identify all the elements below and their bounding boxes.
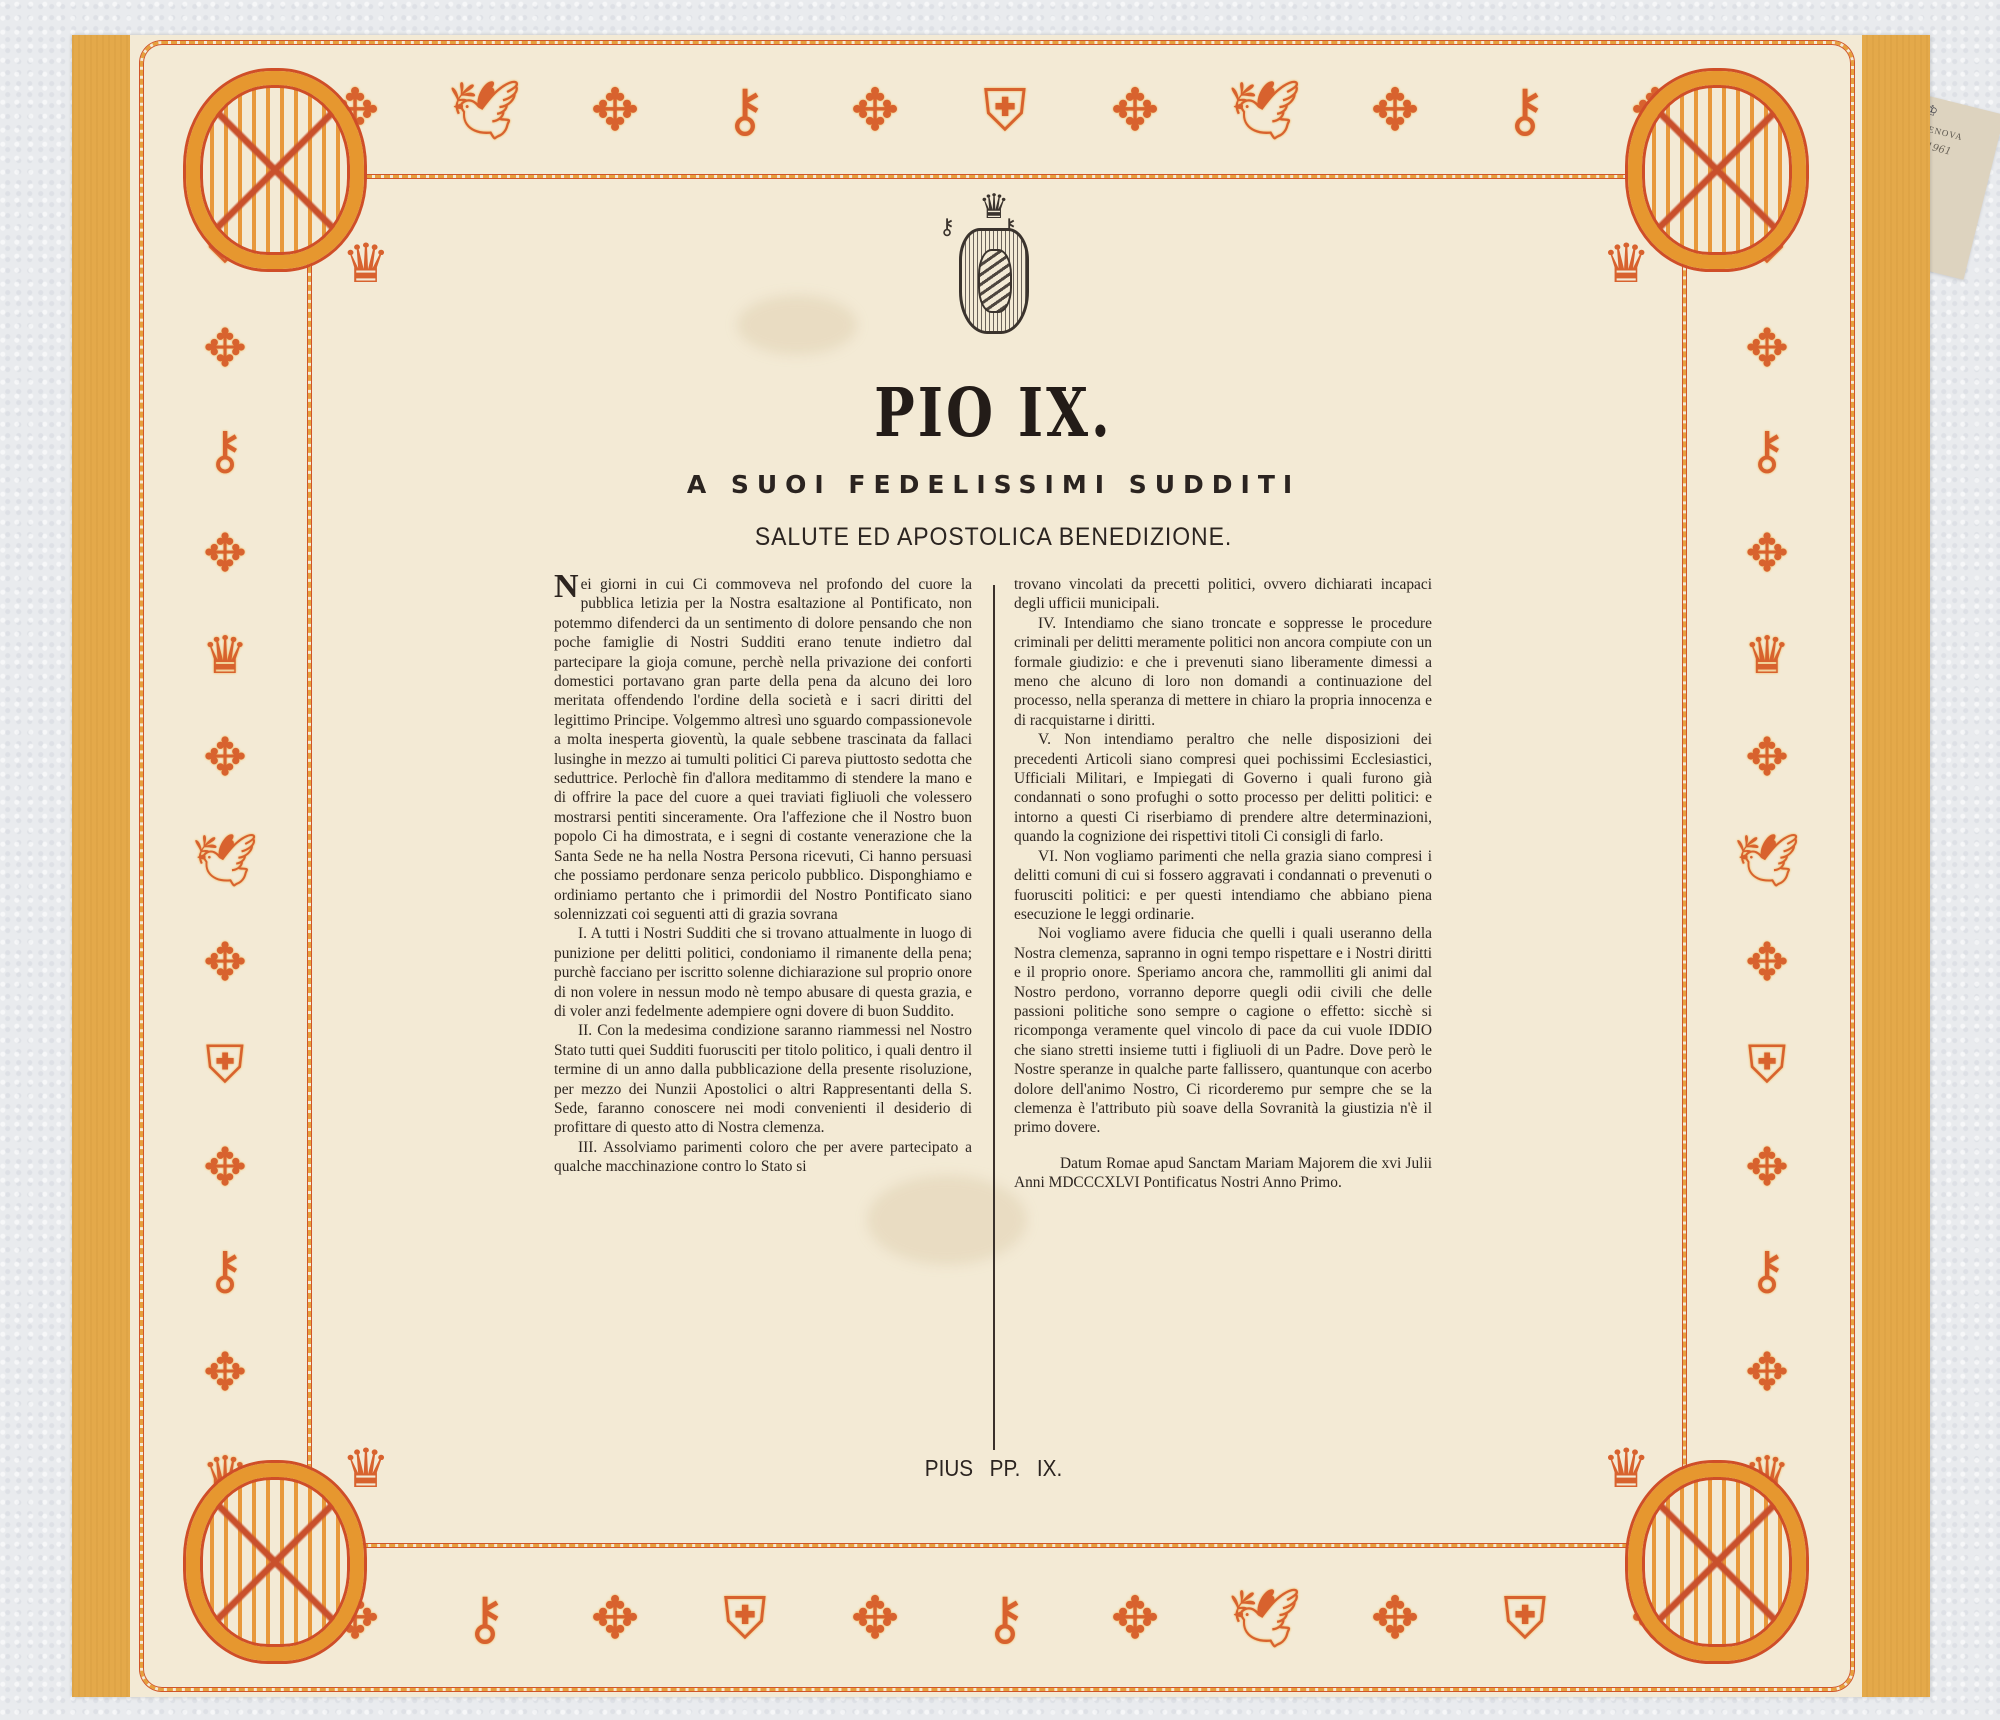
ornament-motif-icon: ✥ xyxy=(165,299,285,399)
closing-paragraph: Noi vogliamo avere fiducia che quelli i … xyxy=(1014,924,1432,1137)
ornament-motif-icon: ✥ xyxy=(1330,1553,1460,1683)
ornament-motif-icon: ✥ xyxy=(165,504,285,604)
ornament-motif-icon: ⚷ xyxy=(1707,401,1827,501)
left-text-column: Nei giorni in cui Ci commoveva nel profo… xyxy=(554,575,972,1177)
ornament-motif-icon: ✥ xyxy=(1330,45,1460,175)
ornament-motif-icon: 🕊 xyxy=(165,811,285,911)
papal-signature: PIUS PP. IX. xyxy=(376,1455,1612,1482)
ornament-motif-icon: ⚷ xyxy=(420,1553,550,1683)
proclamation-subtitle: A SUOI FEDELISSIMI SUDDITI xyxy=(307,470,1680,499)
stain xyxy=(737,295,857,355)
ornament-motif-icon: ⛨ xyxy=(165,1016,285,1116)
article-iii-continued: trovano vincolati da precetti politici, … xyxy=(1014,575,1432,614)
ornament-motif-icon: ⛨ xyxy=(1460,1554,1590,1683)
ornament-motif-icon: ⛨ xyxy=(1707,1016,1827,1116)
article-ii: II. Con la medesima condizione saranno r… xyxy=(554,1021,972,1137)
ornament-motif-icon: 🕊 xyxy=(420,46,550,175)
stain xyxy=(867,1175,1027,1265)
ornament-motif-icon: ⚷ xyxy=(680,45,810,175)
right-ornament-border: ⛨✥⚷✥♛✥🕊✥⛨✥⚷✥♛ xyxy=(1692,195,1842,1527)
left-ornament-border: ⛨✥⚷✥♛✥🕊✥⛨✥⚷✥♛ xyxy=(150,195,300,1527)
ornament-motif-icon: ✥ xyxy=(1707,504,1827,604)
ornament-motif-icon: ✥ xyxy=(1707,913,1827,1013)
ornament-motif-icon: ✥ xyxy=(1707,708,1827,808)
article-iv: IV. Intendiamo che siano troncate e sopp… xyxy=(1014,614,1432,730)
ornament-motif-icon: ✥ xyxy=(1070,1553,1200,1683)
proclamation-title: PIO IX. xyxy=(307,372,1680,452)
ornament-motif-icon: ✥ xyxy=(1070,45,1200,175)
ornament-motif-icon: ⚷ xyxy=(1707,1221,1827,1321)
ornament-motif-icon: ✥ xyxy=(165,913,285,1013)
right-text-column: trovano vincolati da precetti politici, … xyxy=(1014,575,1432,1193)
ornament-motif-icon: ✥ xyxy=(165,1118,285,1218)
article-iii: III. Assolviamo parimenti coloro che per… xyxy=(554,1138,972,1177)
top-ornament-border: ✥🕊✥⚷✥⛨✥🕊✥⚷✥ xyxy=(290,45,1702,175)
article-i: I. A tutti i Nostri Sudditi che si trova… xyxy=(554,924,972,1021)
bottom-ornament-border: ✥⚷✥⛨✥⚷✥🕊✥⛨✥ xyxy=(290,1553,1702,1683)
ornament-motif-icon: ✥ xyxy=(165,708,285,808)
ornament-motif-icon: ⚷ xyxy=(165,1221,285,1321)
column-divider xyxy=(993,585,995,1450)
article-vi: VI. Non vogliamo parimenti che nella gra… xyxy=(1014,847,1432,925)
escutcheon-icon xyxy=(959,228,1029,334)
ornament-motif-icon: ✥ xyxy=(1707,1323,1827,1423)
proclamation-greeting: SALUTE ED APOSTOLICA BENEDIZIONE. xyxy=(362,523,1625,552)
ornament-motif-icon: ♛ xyxy=(1707,606,1827,706)
ornament-motif-icon: ✥ xyxy=(550,1553,680,1683)
ornament-motif-icon: ⛨ xyxy=(680,1554,810,1683)
ornament-motif-icon: ♛ xyxy=(165,606,285,706)
papal-coat-of-arms: ♛ ⚷⚷ xyxy=(939,190,1049,355)
ornament-motif-icon: 🕊 xyxy=(1200,1554,1330,1683)
ornament-motif-icon: ✥ xyxy=(1707,299,1827,399)
ornament-motif-icon: ✥ xyxy=(810,45,940,175)
ornament-motif-icon: 🕊 xyxy=(1200,46,1330,175)
ornament-motif-icon: ✥ xyxy=(810,1553,940,1683)
ornament-motif-icon: ✥ xyxy=(1707,1118,1827,1218)
drop-cap: N xyxy=(554,577,579,597)
proclamation-panel: ♛ ⚷⚷ PIO IX. A SUOI FEDELISSIMI SUDDITI … xyxy=(307,175,1680,1545)
datum-line: Datum Romae apud Sanctam Mariam Majorem … xyxy=(1014,1154,1432,1193)
ornament-motif-icon: ✥ xyxy=(550,45,680,175)
ornament-motif-icon: ⚷ xyxy=(165,401,285,501)
ornament-motif-icon: ⛨ xyxy=(940,46,1070,175)
opening-paragraph: Nei giorni in cui Ci commoveva nel profo… xyxy=(554,575,972,924)
ornament-motif-icon: ✥ xyxy=(165,1323,285,1423)
ornament-motif-icon: ⚷ xyxy=(940,1553,1070,1683)
ornament-motif-icon: 🕊 xyxy=(1707,811,1827,911)
ornament-motif-icon: ⚷ xyxy=(1460,45,1590,175)
article-v: V. Non intendiamo peraltro che nelle dis… xyxy=(1014,730,1432,846)
